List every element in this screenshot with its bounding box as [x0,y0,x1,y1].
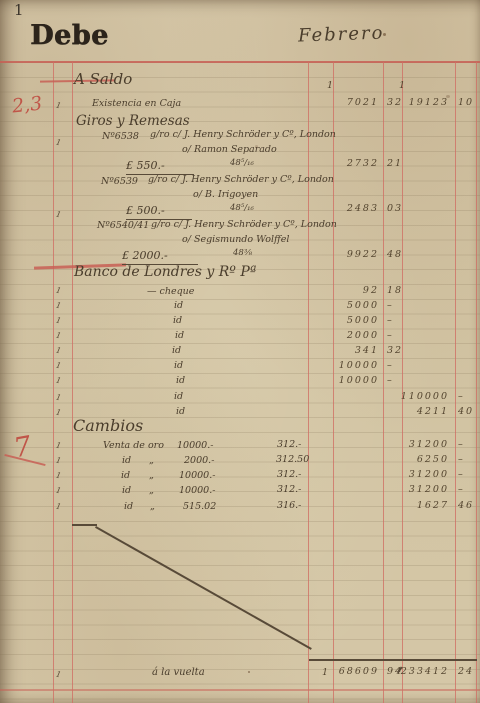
column-rule [53,62,54,703]
cents-outer: 46 [458,500,474,511]
ditto-label: id [172,345,181,356]
column-rule [72,62,73,703]
entry-description: Existencia en Caja [92,98,181,109]
section-heading-giros: Giros y Remesas [76,113,190,129]
ditto-label: id [175,330,184,341]
ditto-mark: „ [149,470,154,481]
amount-inner: 92 [363,285,379,296]
folio-ref-mark: 1 [327,80,335,91]
ditto-mark: „ [149,455,154,466]
gold-rate: 316.- [277,500,301,511]
amount-inner: 5000 [347,315,379,326]
amount-inner: 5000 [347,300,379,311]
red-folio-note: 2,3 [11,92,43,117]
ditto-label: id [124,501,133,512]
draft-currency-amount: £ 2000.- [122,249,168,262]
ditto-label: id [176,375,185,386]
draft-currency-amount: £ 550.- [126,159,165,172]
cents-inner: 32 [387,345,403,356]
ink-speck [255,145,258,148]
month-label: Febrero [298,22,385,46]
amount-inner: 9922 [347,249,379,260]
amount-outer: 4211 [417,406,449,417]
gold-sale-label: Venta de oro [103,440,164,451]
amount-inner: 2000 [347,330,379,341]
total-inner: 68609 [339,666,379,677]
amount-inner: 10000 [339,360,379,371]
draft-number: Nº6540/41 [97,220,149,231]
section-heading-banco: Banco de Londres y Rº Pª [74,264,256,280]
ditto-label: id [174,360,183,371]
exchange-rate: 48⅜ [233,248,252,258]
folio-ref-mark: 1 [399,80,407,91]
page-number: 1 [14,1,24,19]
closing-horizontal-line [72,524,97,526]
cents-outer: – [458,469,465,480]
ditto-label: id [173,315,182,326]
amount-inner: 10000 [339,375,379,386]
folio-ref-mark: 1 [322,667,330,678]
gold-quantity: 515.02 [183,501,216,512]
gold-quantity: 2000.- [184,455,214,466]
cents-inner: – [387,330,394,341]
cents-outer: – [458,454,465,465]
cents-outer: – [458,484,465,495]
cents-outer: 10 [458,97,474,108]
gold-quantity: 10000.- [179,485,215,496]
cents-inner: 21 [387,158,403,169]
ditto-label: id [121,470,130,481]
cheque-label: — cheque [147,286,194,297]
total-outer-cents: 24 [458,666,474,677]
gold-quantity: 10000.- [177,440,213,451]
draft-number: Nº6539 [101,176,138,187]
ditto-label: id [122,455,131,466]
amount-outer: 1627 [417,500,449,511]
page-title: Debe [30,20,109,51]
draft-drawee: g/ro c/ J. Henry Schröder y Cº, London [150,129,336,140]
carry-forward-label: á la vuelta [152,667,205,678]
ditto-label: id [174,391,183,402]
ledger-page: 1 Debe Febrero 2,3 7 1 1 1 1 1 1 1 1 1 1… [0,0,480,703]
amount-inner: 7021 [347,97,379,108]
column-rule [383,62,384,703]
section-heading-saldo: A Saldo [74,70,132,88]
amount-outer: 6250 [417,454,449,465]
cents-inner: 18 [387,285,403,296]
amount-inner: 2483 [347,203,379,214]
ink-speck [446,95,450,98]
cents-outer: – [458,439,465,450]
draft-number: Nº6538 [102,131,139,142]
cents-inner: 03 [387,203,403,214]
draft-beneficiary: o/ Segismundo Wolffel [182,234,289,245]
total-outer: 233412 [401,666,449,677]
ink-speck [383,33,386,36]
ditto-label: id [176,406,185,417]
column-rule [455,62,456,703]
cents-inner: 48 [387,249,403,260]
cents-inner: – [387,375,394,386]
draft-beneficiary: o/ Ramon Separado [182,144,277,155]
gold-rate: 312.- [277,484,301,495]
column-rule [476,62,477,703]
amount-outer: 31200 [409,439,449,450]
draft-currency-amount: £ 500.- [126,204,165,217]
amount-outer: 110000 [401,391,449,402]
section-heading-cambios: Cambios [73,416,143,435]
column-rule [308,62,309,703]
amount-outer: 19123 [409,97,449,108]
amount-inner: 2732 [347,158,379,169]
ditto-mark: „ [150,501,155,512]
draft-drawee: g/ro c/ J. Henry Schröder y Cº, London [148,174,334,185]
exchange-rate: 48⁵/₁₆ [230,203,254,213]
cents-inner: – [387,315,394,326]
amount-outer: 31200 [409,484,449,495]
ditto-label: id [174,300,183,311]
amount-outer: 31200 [409,469,449,480]
totals-rule [309,659,477,661]
cents-inner: 32 [387,97,403,108]
draft-beneficiary: o/ B. Irigoyen [193,189,258,200]
draft-drawee: g/ro c/ J. Henry Schröder y Cº, London [151,219,337,230]
ink-speck [248,671,250,673]
cents-outer: – [458,391,465,402]
cents-outer: 40 [458,406,474,417]
exchange-rate: 48⁵/₁₆ [230,158,254,168]
ditto-label: id [122,485,131,496]
cents-inner: – [387,360,394,371]
gold-quantity: 10000.- [179,470,215,481]
column-rule [333,62,334,703]
amount-inner: 341 [355,345,379,356]
ditto-mark: „ [149,485,154,496]
cents-inner: – [387,300,394,311]
gold-rate: 312.50 [276,454,309,465]
gold-rate: 312.- [277,439,301,450]
gold-rate: 312.- [277,469,301,480]
